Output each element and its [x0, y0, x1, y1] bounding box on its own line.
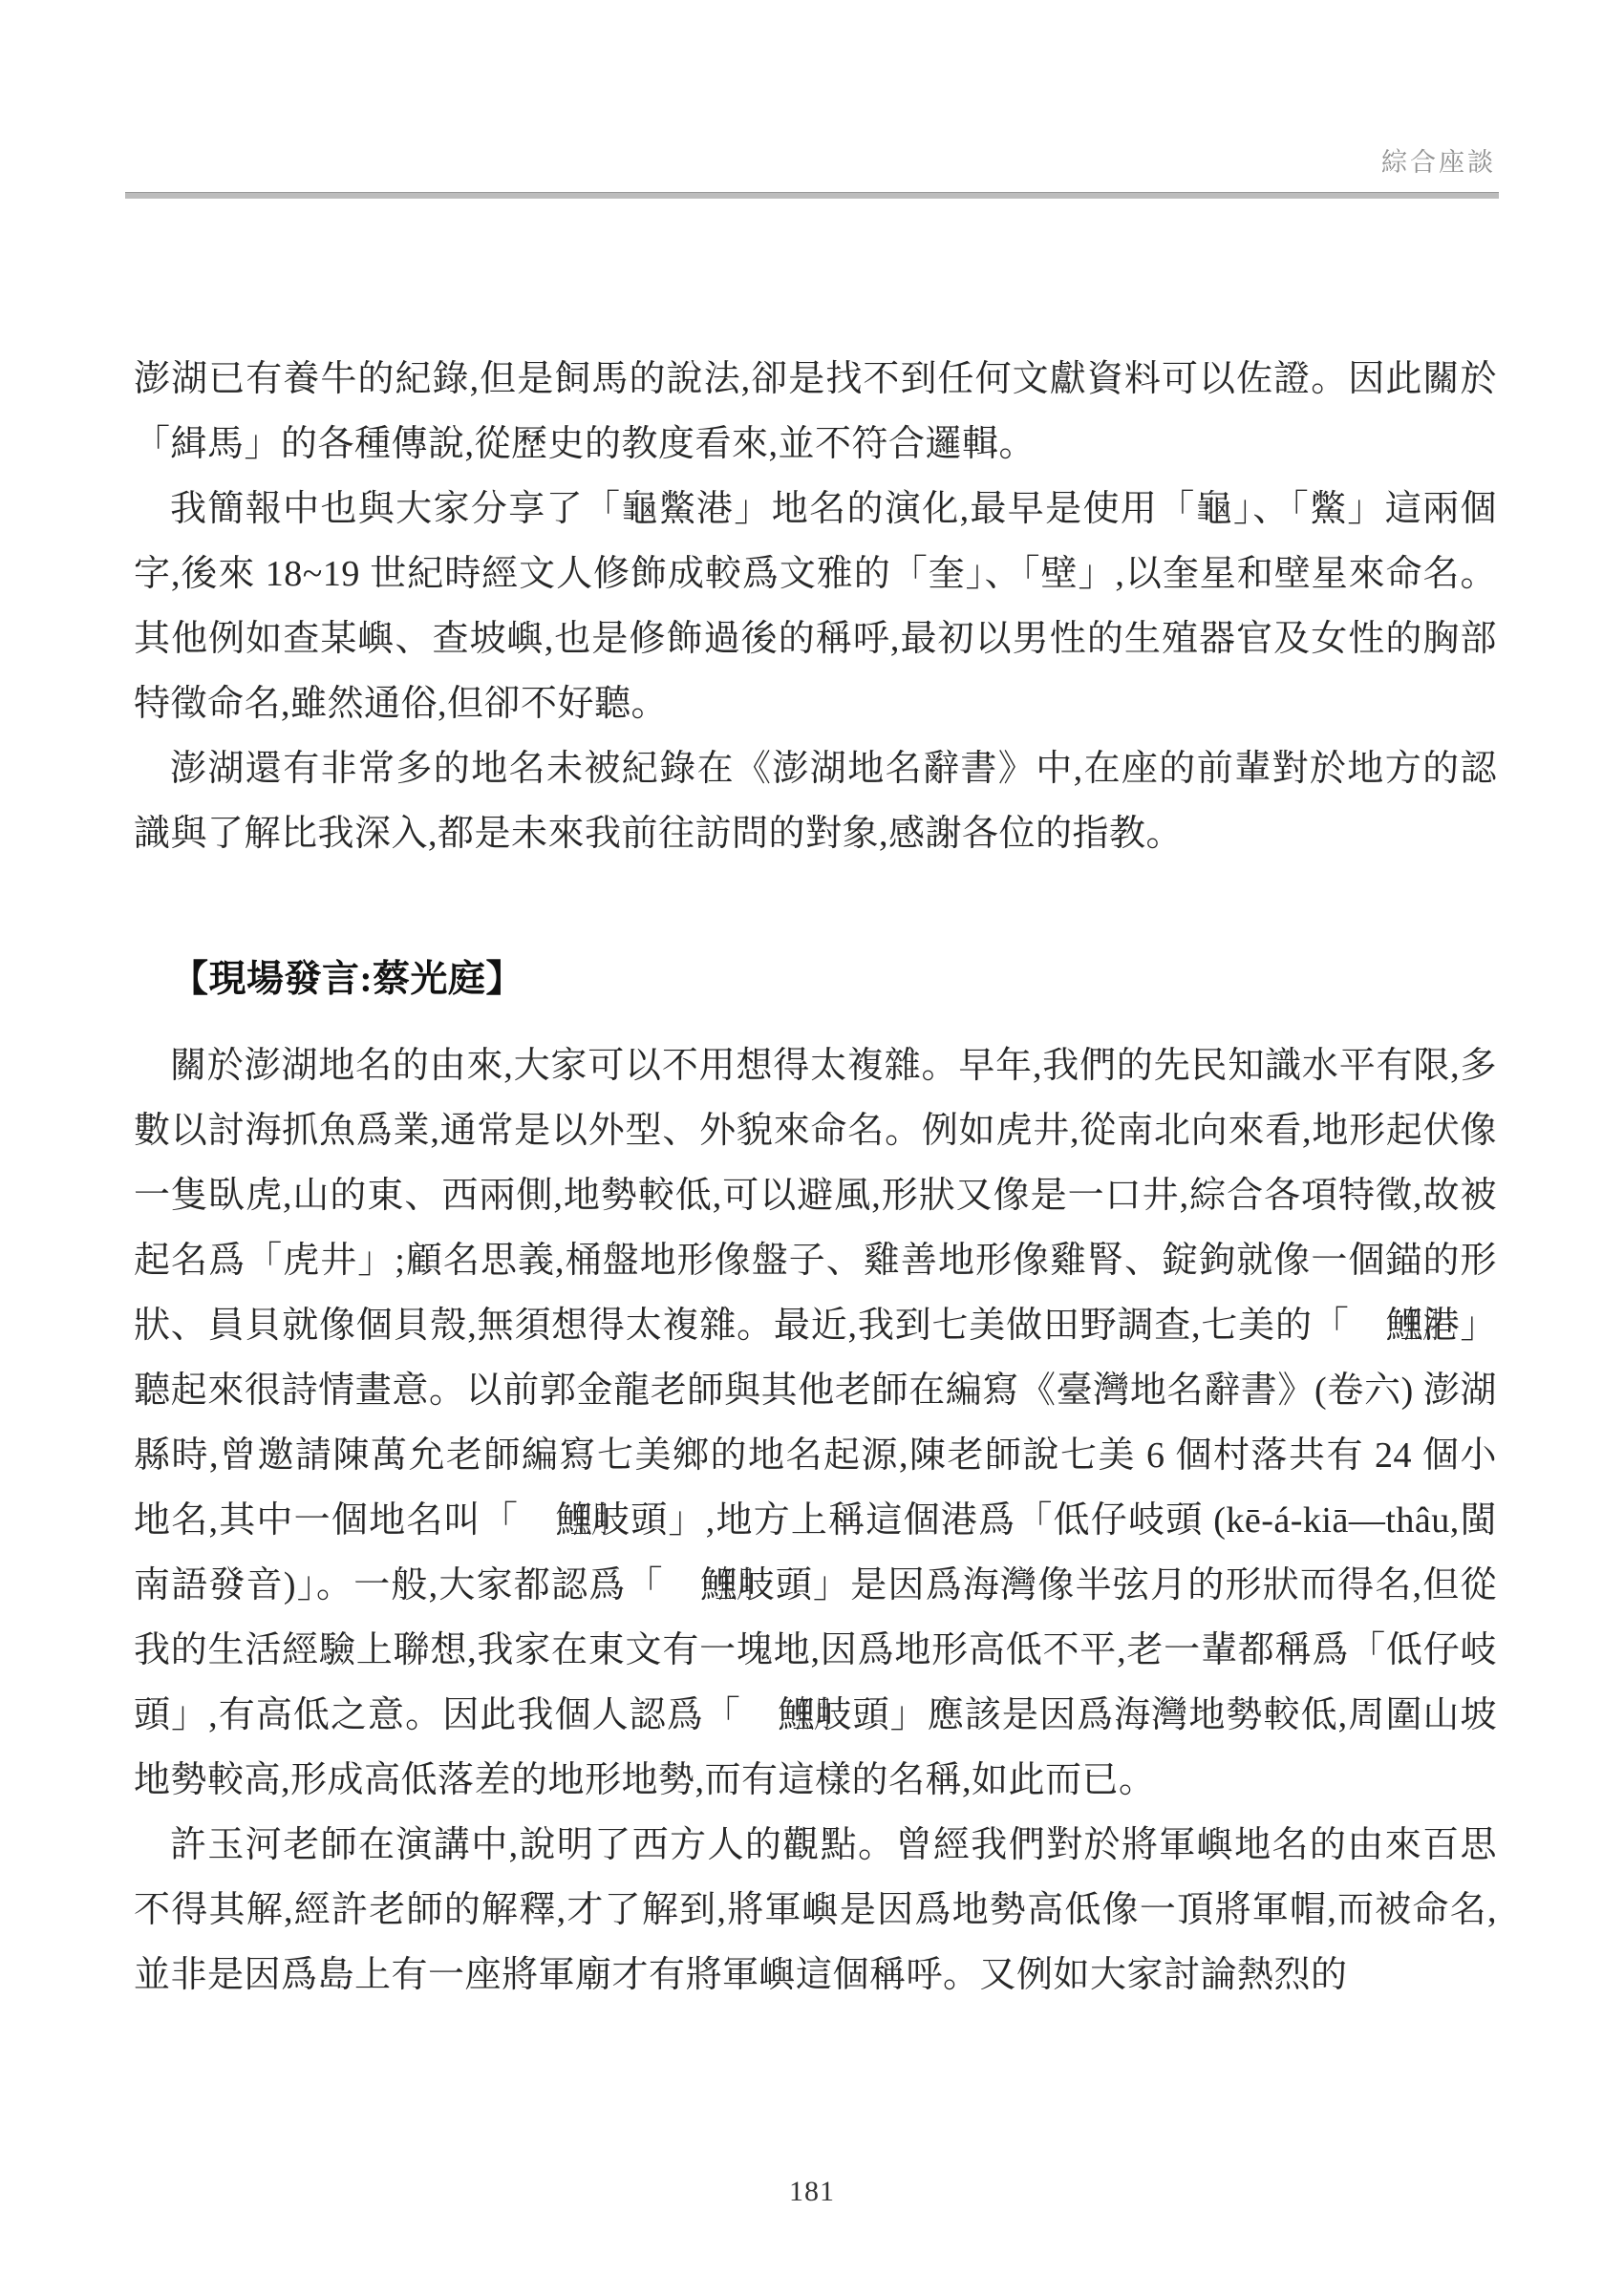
paragraph: 許玉河老師在演講中,說明了西方人的觀點。曾經我們對於將軍嶼地名的由來百思不得其解…: [134, 1813, 1497, 2008]
composed-fish-moon-glyph: 魚月: [664, 1553, 700, 1618]
header-divider-rule: [125, 192, 1499, 199]
composed-fish-moon-glyph: 魚月: [741, 1683, 778, 1748]
paragraph: 關於澎湖地名的由來,大家可以不用想得太複雜。早年,我們的先民知識水平有限,多數以…: [134, 1033, 1497, 1813]
paragraph: 澎湖還有非常多的地名未被紀錄在《澎湖地名辭書》中,在座的前輩對於地方的認識與了解…: [134, 736, 1497, 866]
running-header: 綜合座談: [1381, 141, 1496, 179]
document-page: 綜合座談 澎湖已有養牛的紀錄,但是飼馬的說法,卻是找不到任何文獻資料可以佐證。因…: [0, 0, 1624, 2296]
speaker-heading: 【現場發言:蔡光庭】: [134, 957, 1497, 1003]
paragraph: 我簡報中也與大家分享了「龜鱉港」地名的演化,最早是使用「龜」、「鱉」這兩個字,後…: [134, 477, 1497, 736]
composed-fish-moon-glyph: 魚月: [1350, 1293, 1386, 1358]
body-text-block: 澎湖已有養牛的紀錄,但是飼馬的說法,卻是找不到任何文獻資料可以佐證。因此關於「緝…: [134, 347, 1497, 2008]
page-number: 181: [0, 2176, 1624, 2208]
paragraph-continuation: 澎湖已有養牛的紀錄,但是飼馬的說法,卻是找不到任何文獻資料可以佐證。因此關於「緝…: [134, 347, 1497, 477]
composed-fish-moon-glyph: 魚月: [519, 1488, 555, 1553]
